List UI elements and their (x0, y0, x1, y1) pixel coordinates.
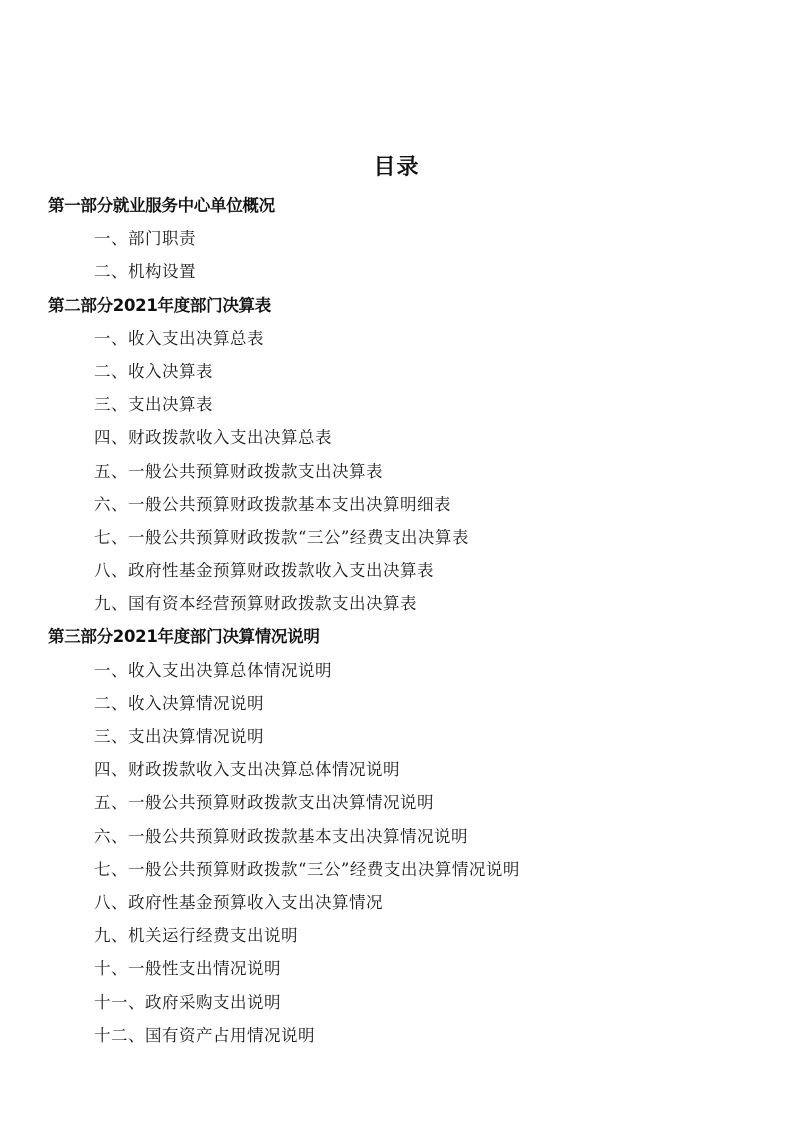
toc-item[interactable]: 二、收入决算表 (48, 355, 768, 388)
toc-item[interactable]: 五、一般公共预算财政拨款支出决算表 (48, 455, 768, 488)
toc-item[interactable]: 七、一般公共预算财政拨款“三公”经费支出决算表 (48, 521, 768, 554)
toc-item[interactable]: 三、支出决算表 (48, 388, 768, 421)
toc-item[interactable]: 四、财政拨款收入支出决算总体情况说明 (48, 753, 768, 786)
toc-item[interactable]: 九、机关运行经费支出说明 (48, 919, 768, 952)
page-title: 目录 (0, 152, 793, 184)
toc-section-heading[interactable]: 第三部分2021年度部门决算情况说明 (48, 620, 768, 653)
toc-section-heading[interactable]: 第一部分就业服务中心单位概况 (48, 189, 768, 222)
toc-item[interactable]: 六、一般公共预算财政拨款基本支出决算情况说明 (48, 820, 768, 853)
document-page: 目录 第一部分就业服务中心单位概况 一、部门职责 二、机构设置 第二部分2021… (0, 0, 793, 1122)
toc-item[interactable]: 一、收入支出决算总体情况说明 (48, 654, 768, 687)
toc-item[interactable]: 九、国有资本经营预算财政拨款支出决算表 (48, 587, 768, 620)
toc-item[interactable]: 八、政府性基金预算财政拨款收入支出决算表 (48, 554, 768, 587)
toc-item[interactable]: 七、一般公共预算财政拨款“三公”经费支出决算情况说明 (48, 853, 768, 886)
toc-item[interactable]: 二、机构设置 (48, 255, 768, 288)
toc-item[interactable]: 一、收入支出决算总表 (48, 322, 768, 355)
toc-item[interactable]: 十、一般性支出情况说明 (48, 952, 768, 985)
toc-item[interactable]: 十二、国有资产占用情况说明 (48, 1019, 768, 1052)
toc-item[interactable]: 二、收入决算情况说明 (48, 687, 768, 720)
toc-item[interactable]: 一、部门职责 (48, 222, 768, 255)
toc-item[interactable]: 十一、政府采购支出说明 (48, 986, 768, 1019)
toc-item[interactable]: 三、支出决算情况说明 (48, 720, 768, 753)
table-of-contents: 第一部分就业服务中心单位概况 一、部门职责 二、机构设置 第二部分2021年度部… (48, 189, 768, 1052)
toc-item[interactable]: 八、政府性基金预算收入支出决算情况 (48, 886, 768, 919)
toc-item[interactable]: 四、财政拨款收入支出决算总表 (48, 421, 768, 454)
toc-item[interactable]: 五、一般公共预算财政拨款支出决算情况说明 (48, 786, 768, 819)
toc-item[interactable]: 六、一般公共预算财政拨款基本支出决算明细表 (48, 488, 768, 521)
toc-section-heading[interactable]: 第二部分2021年度部门决算表 (48, 289, 768, 322)
